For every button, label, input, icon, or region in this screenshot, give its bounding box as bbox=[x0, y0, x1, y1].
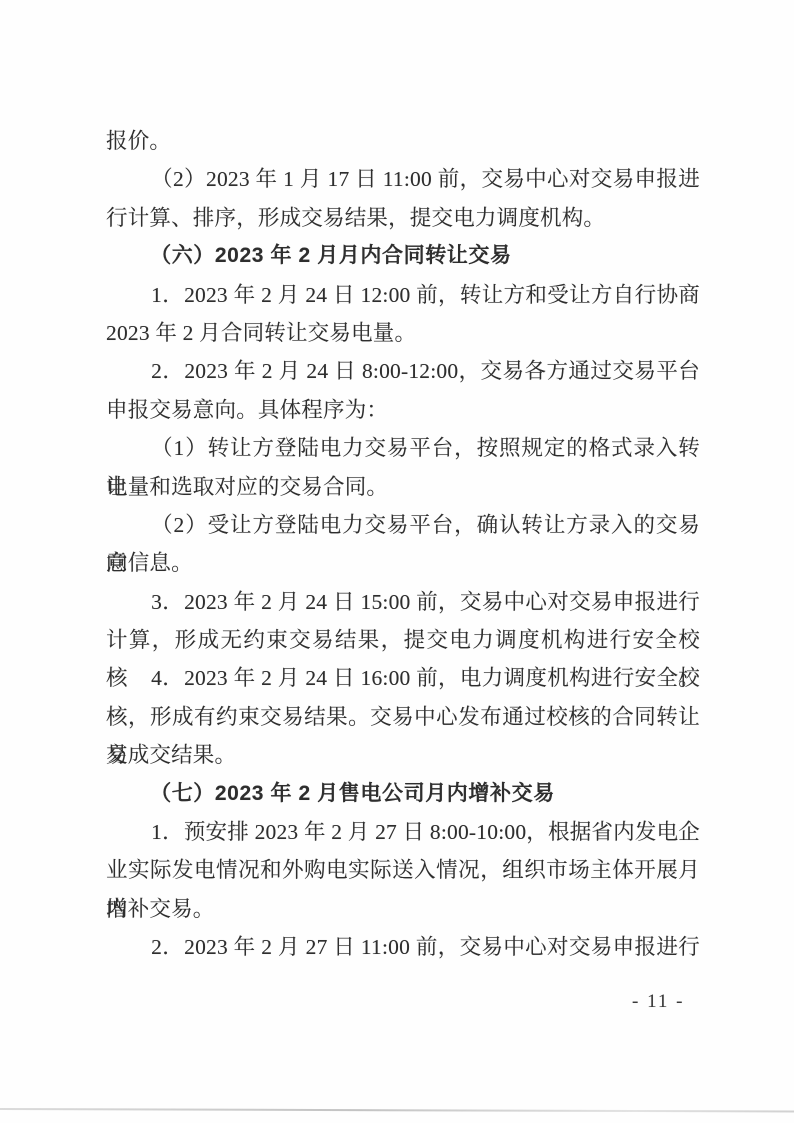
text-line: 2．2023 年 2 月 24 日 8:00-12:00，交易各方通过交易平台 bbox=[106, 352, 700, 390]
text-line: 增补交易。 bbox=[106, 890, 700, 928]
document-page: 报价。（2）2023 年 1 月 17 日 11:00 前，交易中心对交易申报进… bbox=[0, 0, 794, 1123]
text-line: 4．2023 年 2 月 24 日 16:00 前，电力调度机构进行安全校 bbox=[106, 659, 700, 697]
text-line: 计算，形成无约束交易结果，提交电力调度机构进行安全校核。 bbox=[106, 621, 700, 659]
text-line: 2．2023 年 2 月 27 日 11:00 前，交易中心对交易申报进行 bbox=[106, 928, 700, 966]
text-line: （1）转让方登陆电力交易平台，按照规定的格式录入转让 bbox=[106, 429, 700, 467]
text-line: 向信息。 bbox=[106, 544, 700, 582]
text-line: 业实际发电情况和外购电实际送入情况，组织市场主体开展月内 bbox=[106, 851, 700, 889]
text-line: 核，形成有约束交易结果。交易中心发布通过校核的合同转让交 bbox=[106, 698, 700, 736]
text-line: 3．2023 年 2 月 24 日 15:00 前，交易中心对交易申报进行 bbox=[106, 583, 700, 621]
section-heading: （七）2023 年 2 月售电公司月内增补交易 bbox=[106, 775, 700, 813]
text-line: 电量和选取对应的交易合同。 bbox=[106, 468, 700, 506]
text-line: 行计算、排序，形成交易结果，提交电力调度机构。 bbox=[106, 199, 700, 237]
text-line: 2023 年 2 月合同转让交易电量。 bbox=[106, 314, 700, 352]
text-line: 1．2023 年 2 月 24 日 12:00 前，转让方和受让方自行协商 bbox=[106, 276, 700, 314]
document-body: 报价。（2）2023 年 1 月 17 日 11:00 前，交易中心对交易申报进… bbox=[106, 122, 700, 967]
text-line: 1．预安排 2023 年 2 月 27 日 8:00-10:00，根据省内发电企 bbox=[106, 813, 700, 851]
text-line: 申报交易意向。具体程序为： bbox=[106, 391, 700, 429]
text-line: 易成交结果。 bbox=[106, 736, 700, 774]
section-heading: （六）2023 年 2 月月内合同转让交易 bbox=[106, 237, 700, 275]
page-number: - 11 - bbox=[632, 988, 684, 1016]
text-line: （2）受让方登陆电力交易平台，确认转让方录入的交易意 bbox=[106, 506, 700, 544]
text-line: （2）2023 年 1 月 17 日 11:00 前，交易中心对交易申报进 bbox=[106, 160, 700, 198]
scan-artifact-line bbox=[0, 1108, 794, 1112]
text-line: 报价。 bbox=[106, 122, 700, 160]
